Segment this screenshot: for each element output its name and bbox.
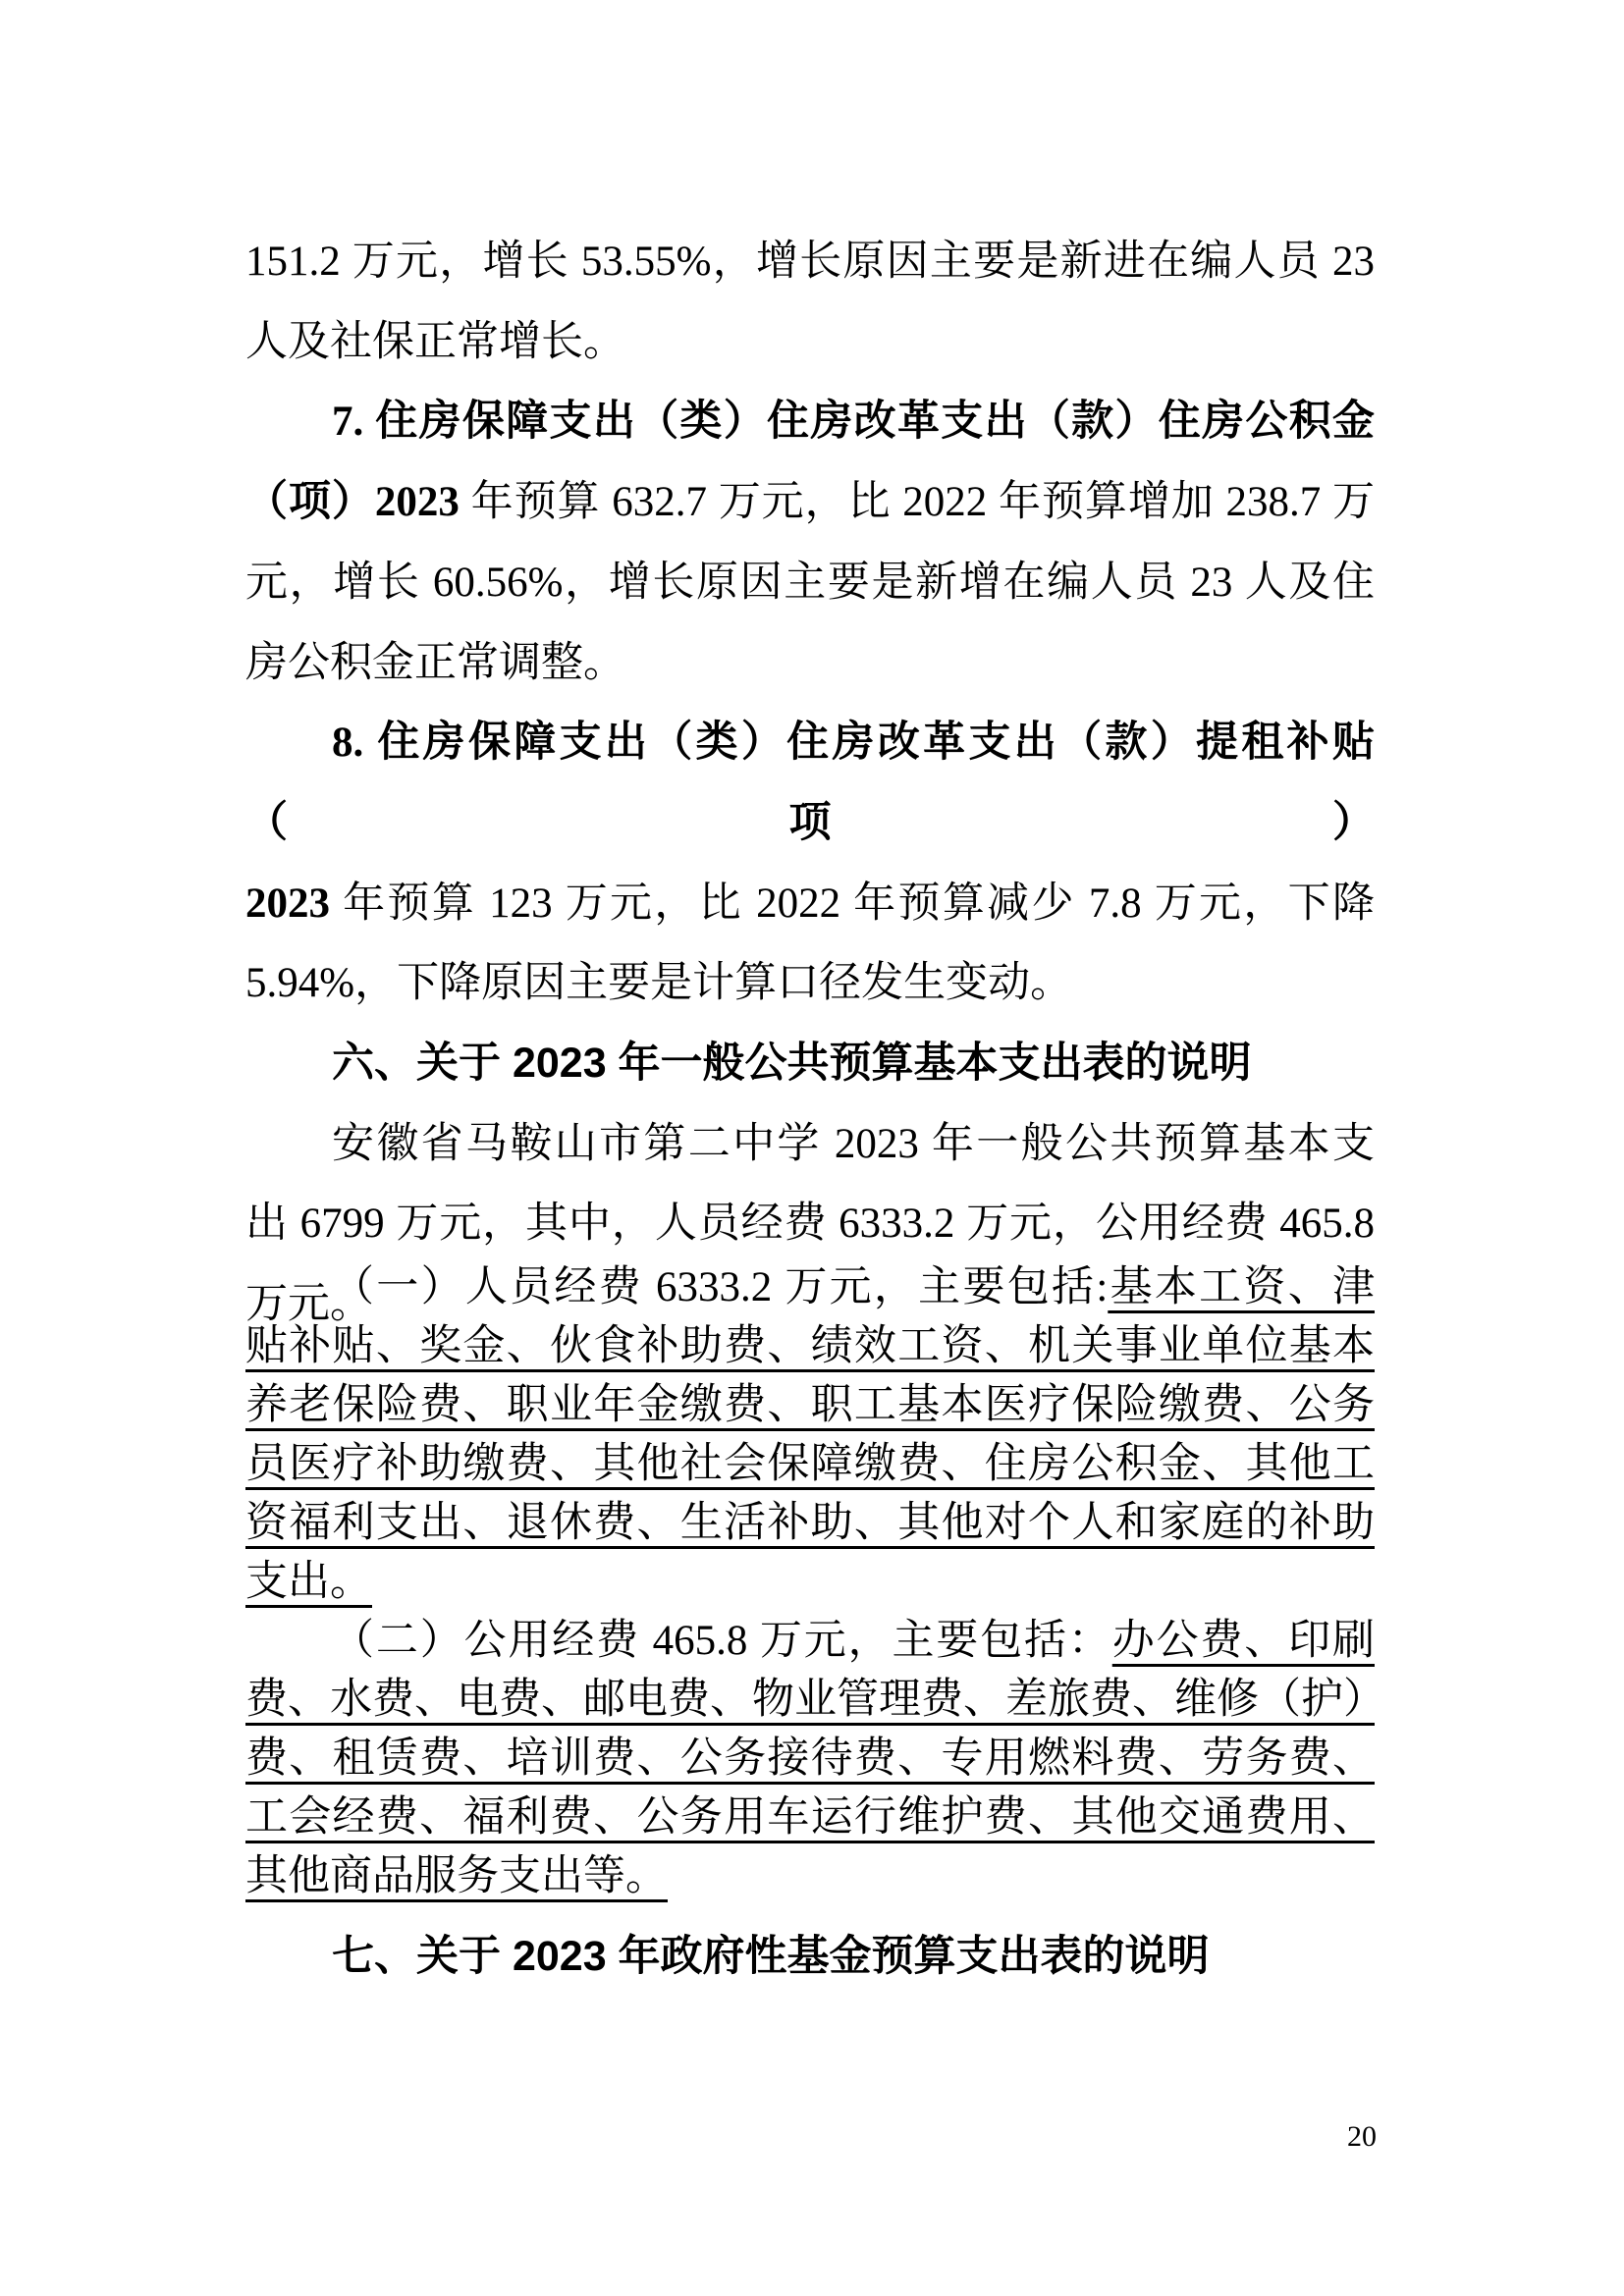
- item6-continuation-line: 人及社保正常增长。: [245, 302, 1375, 383]
- item8-heading-line: 8. 住房保障支出（类）住房改革支出（款）提租补贴（项）: [245, 703, 1375, 863]
- item7-heading-line: 7. 住房保障支出（类）住房改革支出（款）住房公积金: [245, 382, 1375, 462]
- item7-body-line: （项）2023 年预算 632.7 万元，比 2022 年预算增加 238.7 …: [245, 462, 1375, 543]
- public-expense-line: （二）公用经费 465.8 万元，主要包括：办公费、印刷: [245, 1612, 1375, 1671]
- personnel-expense-line: 养老保险费、职业年金缴费、职工基本医疗保险缴费、公务: [245, 1376, 1375, 1435]
- public-expense-line: 费、租赁费、培训费、公务接待费、专用燃料费、劳务费、: [245, 1730, 1375, 1789]
- section-vi-heading: 六、关于 2023 年一般公共预算基本支出表的说明: [245, 1024, 1375, 1104]
- personnel-expense-line: 资福利支出、退休费、生活补助、其他对个人和家庭的补助: [245, 1494, 1375, 1553]
- section-vii-block: 七、关于 2023 年政府性基金预算支出表的说明: [245, 1917, 1375, 1998]
- section-vi-intro-line: 安徽省马鞍山市第二中学 2023 年一般公共预算基本支: [245, 1104, 1375, 1185]
- personnel-expense-line: （一）人员经费 6333.2 万元，主要包括:基本工资、津: [245, 1258, 1375, 1317]
- item7-body-line: 房公积金正常调整。: [245, 623, 1375, 704]
- item8-body-line: 2023 年预算 123 万元，比 2022 年预算减少 7.8 万元，下降: [245, 864, 1375, 944]
- personnel-expense-line: 员医疗补助缴费、其他社会保障缴费、住房公积金、其他工: [245, 1435, 1375, 1494]
- page-number: 20: [1347, 2120, 1377, 2154]
- public-expense-line: 费、水费、电费、邮电费、物业管理费、差旅费、维修（护）: [245, 1671, 1375, 1730]
- item7-body-line: 元，增长 60.56%，增长原因主要是新增在编人员 23 人及住: [245, 543, 1375, 623]
- upper-text-block: 151.2 万元，增长 53.55%，增长原因主要是新进在编人员 23 人及社保…: [245, 222, 1375, 1345]
- section-vii-heading: 七、关于 2023 年政府性基金预算支出表的说明: [245, 1917, 1375, 1998]
- expense-breakdown-block: （一）人员经费 6333.2 万元，主要包括:基本工资、津 贴补贴、奖金、伙食补…: [245, 1258, 1375, 1906]
- public-expense-line: 其他商品服务支出等。: [245, 1847, 1375, 1906]
- item6-continuation-line: 151.2 万元，增长 53.55%，增长原因主要是新进在编人员 23: [245, 222, 1375, 302]
- document-page: 151.2 万元，增长 53.55%，增长原因主要是新进在编人员 23 人及社保…: [0, 0, 1624, 2296]
- section-vi-intro-line: 出 6799 万元，其中，人员经费 6333.2 万元，公用经费 465.8: [245, 1184, 1375, 1264]
- item8-body-line: 5.94%，下降原因主要是计算口径发生变动。: [245, 943, 1375, 1024]
- personnel-expense-line: 支出。: [245, 1553, 1375, 1612]
- public-expense-line: 工会经费、福利费、公务用车运行维护费、其他交通费用、: [245, 1789, 1375, 1847]
- personnel-expense-line: 贴补贴、奖金、伙食补助费、绩效工资、机关事业单位基本: [245, 1317, 1375, 1376]
